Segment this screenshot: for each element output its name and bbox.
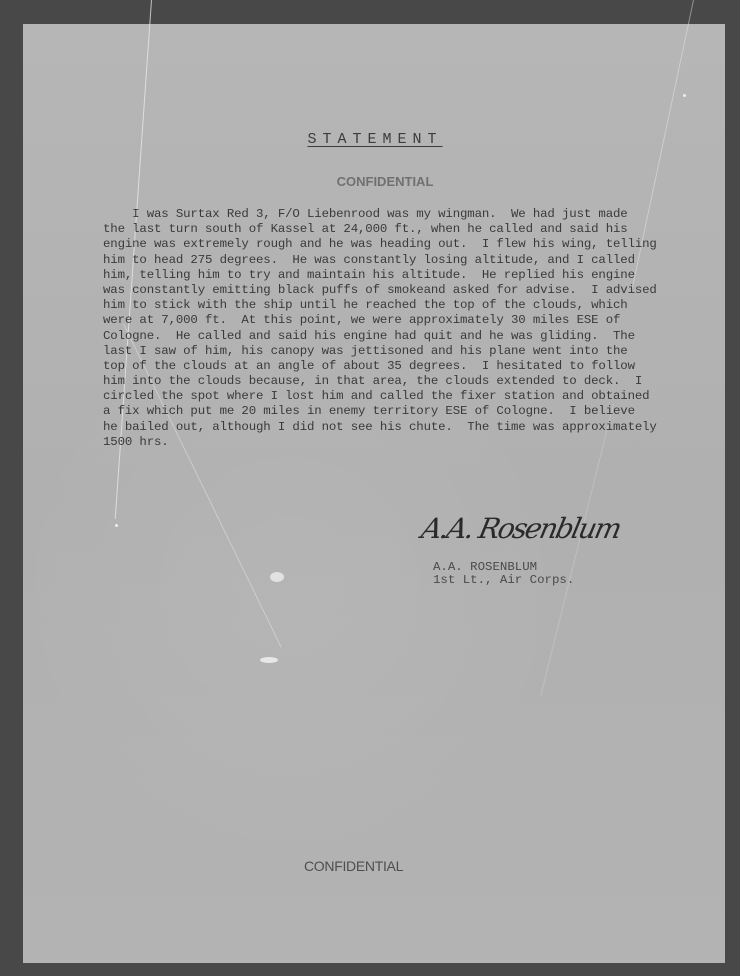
body-line: was constantly emitting black puffs of s… <box>103 283 663 298</box>
body-line: a fix which put me 20 miles in enemy ter… <box>103 404 663 419</box>
body-line: top of the clouds at an angle of about 3… <box>103 359 663 374</box>
statement-body: I was Surtax Red 3, F/O Liebenrood was m… <box>103 207 663 450</box>
body-line: engine was extremely rough and he was he… <box>103 237 663 252</box>
body-line: him, telling him to try and maintain his… <box>103 268 663 283</box>
document-title: STATEMENT <box>0 131 740 148</box>
body-line: him to head 275 degrees. He was constant… <box>103 253 663 268</box>
body-line: 1500 hrs. <box>103 435 663 450</box>
film-speck <box>270 572 284 582</box>
body-line: last I saw of him, his canopy was jettis… <box>103 344 663 359</box>
film-speck <box>115 524 118 527</box>
body-line: circled the spot where I lost him and ca… <box>103 389 663 404</box>
classification-stamp-top: CONFIDENTIAL <box>0 174 740 189</box>
body-line: him to stick with the ship until he reac… <box>103 298 663 313</box>
body-line: Cologne. He called and said his engine h… <box>103 329 663 344</box>
signatory-name: A.A. ROSENBLUM <box>433 560 537 574</box>
body-line: the last turn south of Kassel at 24,000 … <box>103 222 663 237</box>
signatory-rank: 1st Lt., Air Corps. <box>433 573 574 587</box>
body-line: I was Surtax Red 3, F/O Liebenrood was m… <box>103 207 663 222</box>
handwritten-signature: A.A. Rosenblum <box>418 512 623 545</box>
body-line: he bailed out, although I did not see hi… <box>103 420 663 435</box>
body-line: him into the clouds because, in that are… <box>103 374 663 389</box>
body-line: were at 7,000 ft. At this point, we were… <box>103 313 663 328</box>
film-speck <box>260 657 278 663</box>
document-page <box>23 24 725 963</box>
film-speck <box>683 94 686 97</box>
classification-stamp-bottom: CONFIDENTIAL <box>304 858 403 874</box>
